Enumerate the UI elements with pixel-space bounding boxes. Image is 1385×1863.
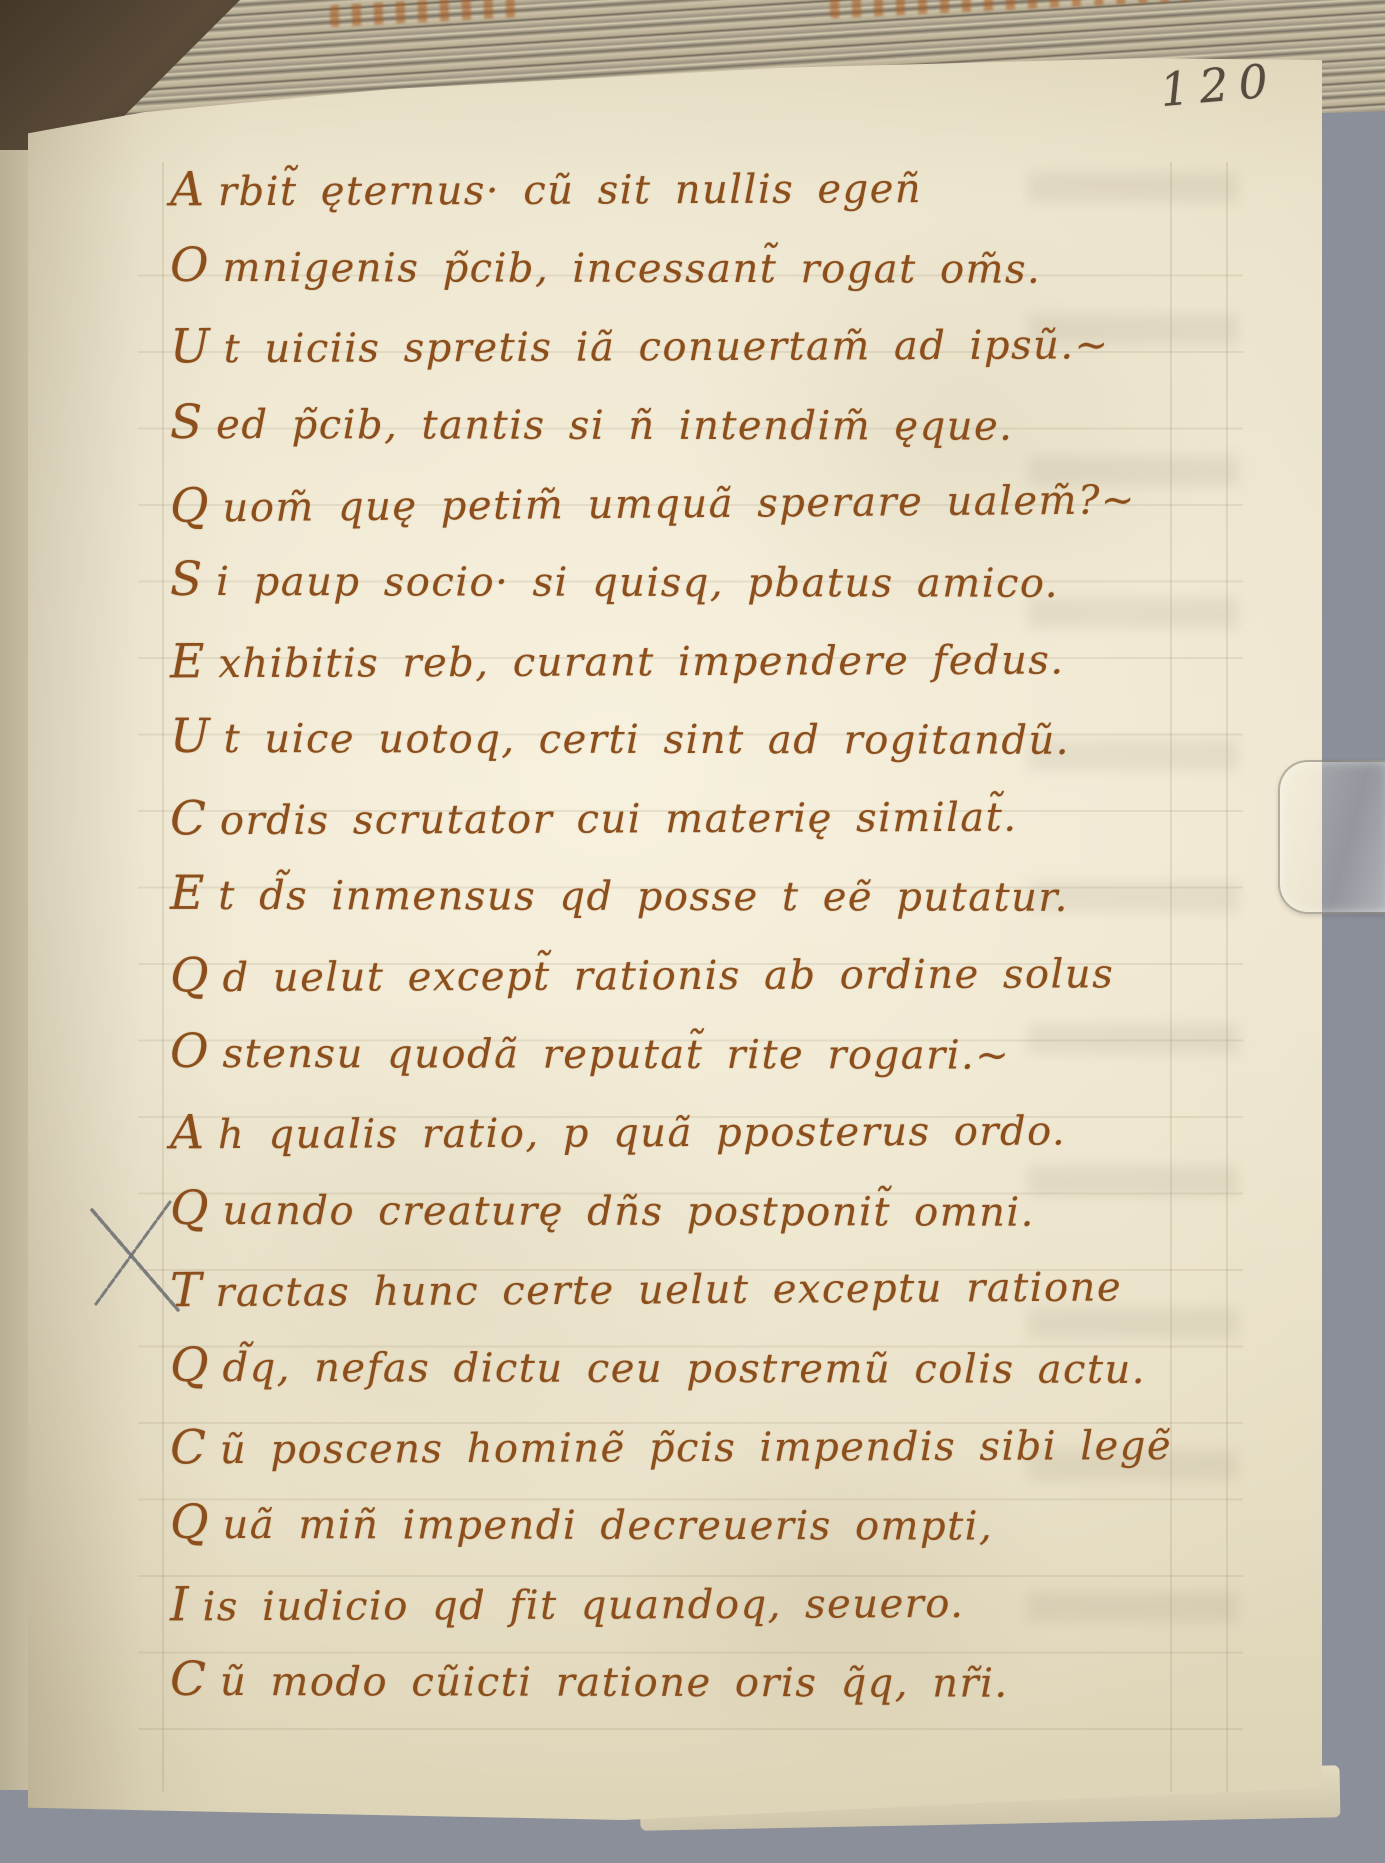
manuscript-line: Exhibitis reb, curant impendere fedus. [170,619,1250,702]
vertical-ruling-left [162,162,164,1792]
manuscript-line: Sed p̃cib, tantis si ñ intendim̃ ęque. [170,385,1250,466]
manuscript-line: Qd̃q, nefas dictu ceu postremũ colis act… [170,1328,1250,1409]
manuscript-line: Iis iudicio qd fit quandoq, seuero. [170,1562,1250,1645]
manuscript-line: Ut uiciis spretis iã conuertam̃ ad ipsũ.… [170,305,1250,388]
manuscript-line: Si paup socio· si quisq, pbatus amico. [170,542,1250,623]
edge-ink-fragment [830,0,1190,19]
manuscript-line: Qd uelut except̃ rationis ab ordine solu… [170,934,1250,1017]
manuscript-line: Quando creaturę dñs postponit̃ omni. [170,1171,1250,1252]
manuscript-line: Cũ poscens hominẽ p̃cis impendis sibi le… [170,1405,1250,1488]
edge-ink-fragment [330,0,521,27]
manuscript-line: Ostensu quodã reputat̃ rite rogari.~ [170,1013,1250,1094]
folio-number: 120 [1158,53,1280,117]
pencil-cross-icon [82,1192,192,1322]
manuscript-line: Ut uice uotoq, certi sint ad rogitandũ. [170,699,1250,780]
manuscript-line: Omnigenis p̃cib, incessant̃ rogat om̃s. [170,227,1250,308]
manuscript-line: Quom̃ quę petim̃ umquã sperare ualem̃?~ [170,460,1251,548]
manuscript-line: Cũ modo cũicti ratione oris q̃q, nr̃i. [170,1642,1250,1723]
manuscript-line: Cordis scrutator cui materię similat̃. [170,776,1250,859]
manuscript-photo: 120 Arbit̃ ęternus· cũ sit nullis egeñOm… [0,0,1385,1863]
manuscript-line: Ah qualis ratio, p quã pposterus ordo. [170,1091,1250,1174]
manuscript-line: Quã miñ impendi decreueris ompti, [170,1485,1250,1566]
manuscript-line: Et d̃s inmensus qd posse t eẽ putatur. [170,856,1250,937]
manuscript-line: Arbit̃ ęternus· cũ sit nullis egeñ [170,148,1250,231]
manuscript-line: Tractas hunc certe uelut exceptu ratione [170,1247,1250,1332]
plastic-tab [1278,760,1385,914]
text-block: Arbit̃ ęternus· cũ sit nullis egeñOmnige… [170,150,1250,1722]
